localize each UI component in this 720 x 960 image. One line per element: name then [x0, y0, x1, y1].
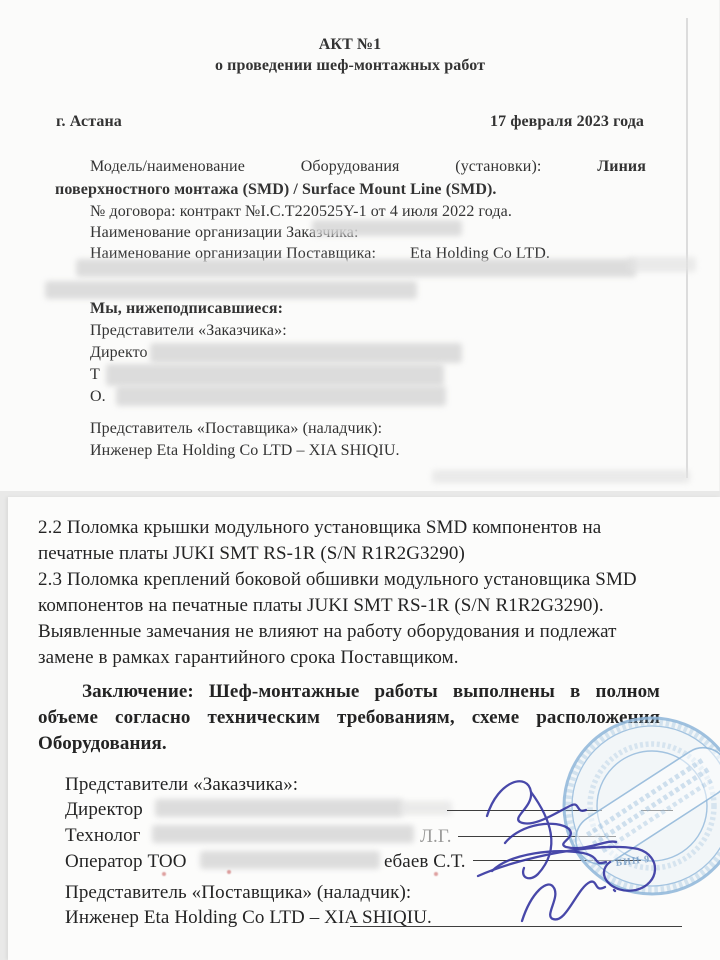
- signature-line-operator: [473, 860, 641, 861]
- conclusion-word: объеме: [38, 707, 98, 729]
- redaction-blur: [628, 257, 696, 272]
- conclusion-word: полном: [595, 681, 659, 703]
- redaction-blur: [45, 281, 417, 299]
- conclusion-word: расположения: [536, 707, 660, 729]
- conclusion-line1: Заключение: Шеф-монтажные работы выполне…: [82, 681, 660, 703]
- technolog-row-fragment: Т: [90, 366, 100, 384]
- item-2-3-line1: 2.3 Поломка креплений боковой обшивки мо…: [38, 569, 637, 591]
- conclusion-word: Заключение:: [82, 681, 194, 703]
- page-edge-line: [686, 18, 688, 478]
- conclusion-word: в: [570, 681, 580, 703]
- customer-reps-label: Представители «Заказчика»:: [90, 322, 287, 340]
- redaction-blur: [150, 343, 462, 363]
- conclusion-line3: Оборудования.: [38, 733, 167, 755]
- redaction-blur: [312, 220, 462, 236]
- item-2-2-line1: 2.2 Поломка крышки модульного установщик…: [38, 517, 601, 539]
- item-2-2-line2: печатные платы JUKI SMT RS-1R (S/N R1R2G…: [38, 543, 465, 565]
- ink-speck: [162, 872, 166, 876]
- operator-row-fragment: О.: [90, 388, 106, 406]
- model-word: Оборудования: [301, 158, 400, 176]
- redaction-blur: [116, 386, 446, 406]
- operator-prefix: Оператор ТОО: [65, 851, 187, 873]
- act-subtitle: о проведении шеф-монтажных работ: [0, 57, 700, 75]
- conclusion-word: работы: [375, 681, 438, 703]
- redaction-blur: [400, 801, 452, 815]
- conclusion-line2: объеме согласно техническим требованиям,…: [38, 707, 660, 729]
- model-value-line2: поверхностного монтажа (SMD) / Surface M…: [55, 181, 497, 199]
- remark-line2: замене в рамках гарантийного срока Поста…: [38, 647, 459, 669]
- conclusion-word: Шеф-монтажные: [209, 681, 360, 703]
- redaction-blur: [152, 825, 414, 843]
- model-word: Модель/наименование: [90, 158, 245, 176]
- engineer-line: Инженер Eta Holding Co LTD – XIA SHIQIU.: [90, 442, 400, 460]
- model-word-bold: Линия: [597, 158, 646, 176]
- director-label: Директор: [65, 799, 143, 821]
- conclusion-word: выполнены: [453, 681, 555, 703]
- page-1: АКТ №1 о проведении шеф-монтажных работ …: [0, 0, 720, 491]
- technolog-suffix-fragment: Л.Г.: [420, 826, 452, 848]
- conclusion-word: требованиям,: [337, 707, 455, 729]
- signature-line-director: [447, 810, 602, 811]
- act-title: АКТ №1: [0, 36, 700, 54]
- supplier-rep-label-p2: Представитель «Поставщика» (наладчик):: [65, 882, 411, 904]
- conclusion-word: схеме: [472, 707, 520, 729]
- redaction-blur: [432, 470, 690, 483]
- contract-line: № договора: контракт №I.C.T220525Y-1 от …: [90, 203, 512, 221]
- ink-speck: [434, 872, 438, 876]
- director-row-fragment: Директо: [90, 344, 148, 362]
- scanned-act-document: АКТ №1 о проведении шеф-монтажных работ …: [0, 0, 720, 960]
- signature-line-engineer: [350, 926, 682, 927]
- supplier-rep-label: Представитель «Поставщика» (наладчик):: [90, 420, 382, 438]
- operator-suffix: ебаев С.Т.: [384, 851, 466, 873]
- model-line: Модель/наименование Оборудования (устано…: [90, 158, 646, 176]
- customer-reps-label-p2: Представители «Заказчика»:: [65, 774, 298, 796]
- redaction-blur: [200, 851, 380, 869]
- item-2-3-line2: компонентов на печатные платы JUKI SMT R…: [38, 595, 604, 617]
- ink-speck: [227, 870, 231, 874]
- technolog-label: Технолог: [65, 825, 141, 847]
- we-undersigned-label: Мы, нижеподписавшиеся:: [90, 300, 283, 318]
- redaction-blur: [106, 364, 444, 386]
- signature-line-director-2: [641, 810, 673, 811]
- remark-line1: Выявленные замечания не влияют на работу…: [38, 621, 617, 643]
- signature-line-technolog: [458, 836, 616, 837]
- conclusion-word: техническим: [207, 707, 320, 729]
- city-label: г. Астана: [56, 113, 122, 131]
- date-label: 17 февраля 2023 года: [490, 113, 644, 131]
- conclusion-word: согласно: [115, 707, 190, 729]
- redaction-blur: [155, 799, 403, 817]
- model-word: (установки):: [455, 158, 541, 176]
- redaction-blur: [76, 259, 636, 277]
